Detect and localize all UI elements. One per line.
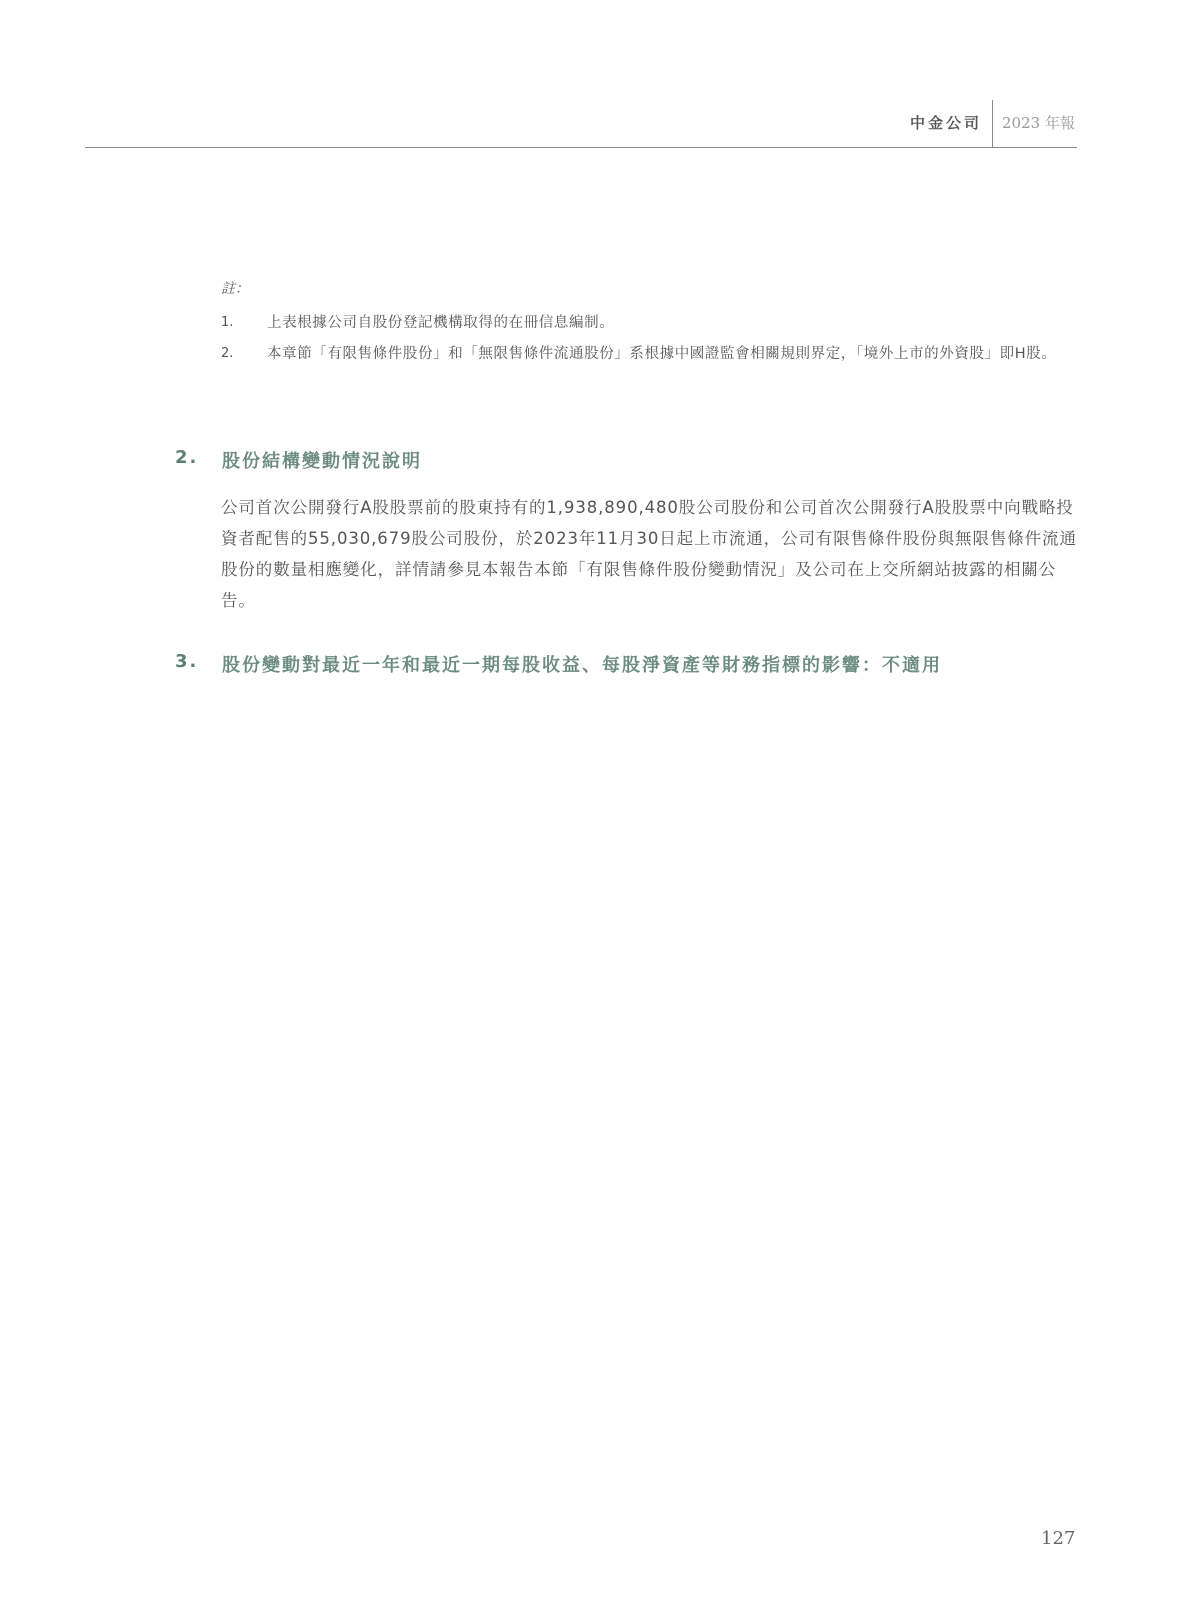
- section-number: 3.: [175, 651, 198, 672]
- page-header: 中金公司 2023 年報: [85, 100, 1077, 148]
- section-title: 股份變動對最近一年和最近一期每股收益、每股淨資產等財務指標的影響：不適用: [222, 651, 942, 677]
- header-separator: [992, 100, 993, 147]
- section-number: 2.: [175, 447, 198, 468]
- page-number: 127: [1041, 1528, 1075, 1549]
- section-title: 股份結構變動情況說明: [222, 447, 422, 473]
- header-company-name: 中金公司: [910, 112, 982, 133]
- note-number: 2.: [221, 341, 251, 367]
- notes-title: 註：: [221, 278, 249, 298]
- note-text: 本章節「有限售條件股份」和「無限售條件流通股份」系根據中國證監會相關規則界定，「…: [267, 341, 1080, 367]
- section-2-body: 公司首次公開發行A股股票前的股東持有的1,938,890,480股公司股份和公司…: [221, 492, 1082, 616]
- note-number: 1.: [221, 310, 251, 336]
- note-text: 上表根據公司自股份登記機構取得的在冊信息編制。: [267, 310, 1080, 336]
- header-report-title: 2023 年報: [1002, 112, 1075, 133]
